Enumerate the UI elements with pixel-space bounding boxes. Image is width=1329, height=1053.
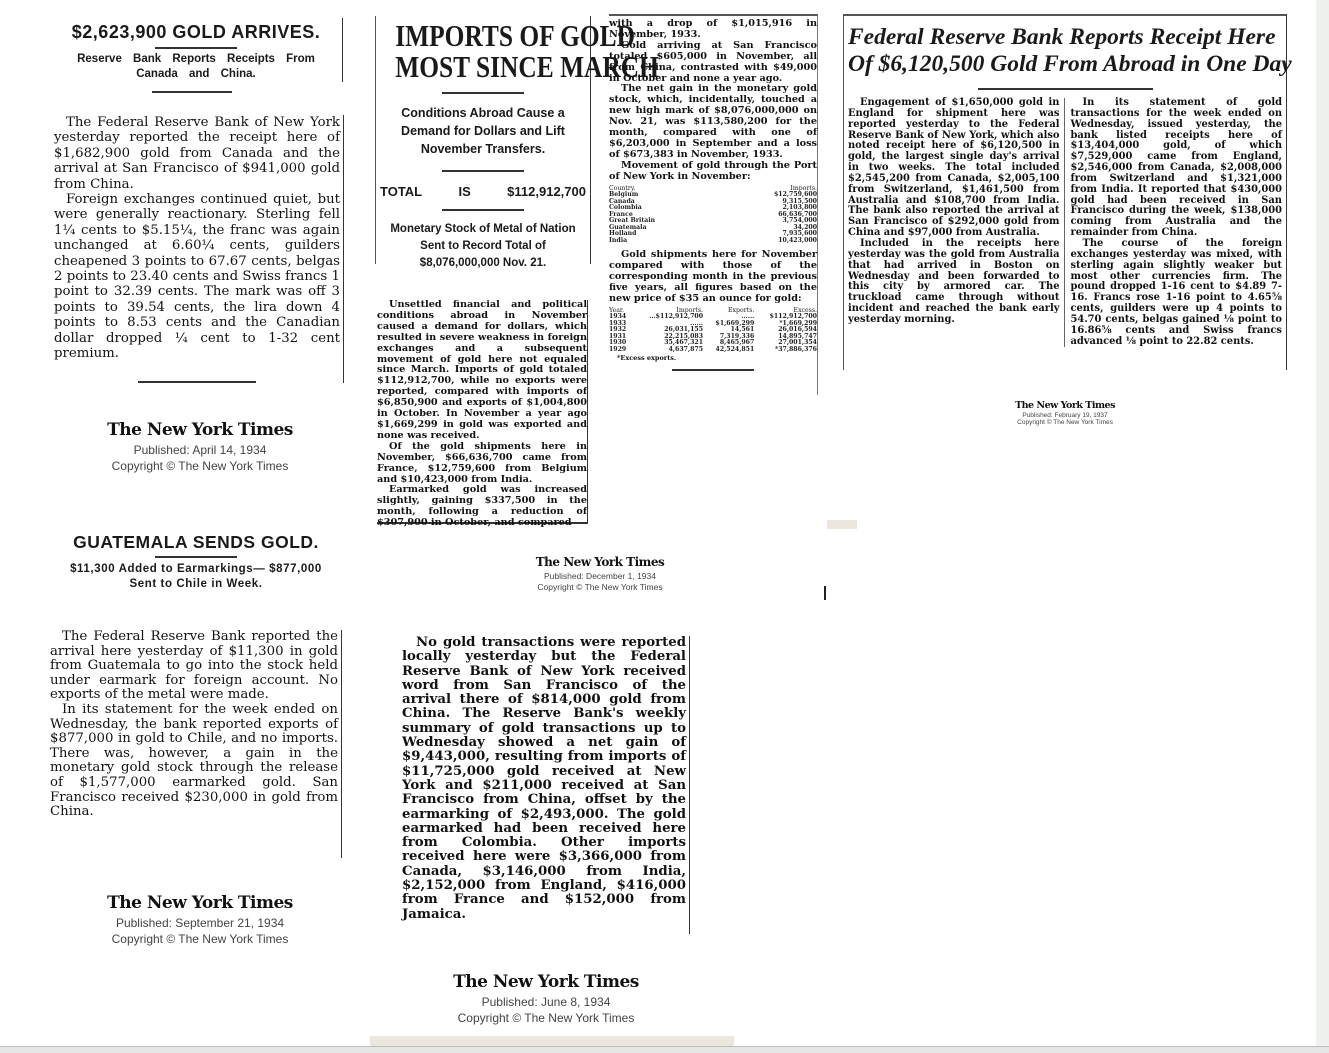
copyright: Copyright © The New York Times — [500, 582, 700, 592]
article-paragraph: In its statement of gold transactions fo… — [1071, 98, 1283, 239]
article-paragraph: The course of the foreign exchanges yest… — [1071, 239, 1283, 347]
headline: GUATEMALA SENDS GOLD. — [50, 532, 342, 553]
divider — [155, 556, 237, 558]
headline-line-1: Federal Reserve Bank Reports Receipt Her… — [848, 24, 1286, 51]
byline-september-1934: The New York Times Published: September … — [70, 893, 330, 946]
table-row: India10,423,000 — [609, 238, 817, 245]
divider — [442, 170, 524, 172]
article-columns: Engagement of $1,650,000 gold in England… — [848, 98, 1282, 347]
copyright: Copyright © The New York Times — [70, 459, 330, 473]
cell-imports: 10,423,000 — [717, 238, 818, 245]
clipping-imports-of-gold: IMPORTS OF GOLD MOST SINCE MARCH Conditi… — [375, 16, 591, 264]
article-paragraph: In its statement for the week ended on W… — [50, 703, 338, 820]
byline-december-1934: The New York Times Published: December 1… — [500, 555, 700, 592]
article-column-1: Engagement of $1,650,000 gold in England… — [848, 98, 1065, 347]
copyright: Copyright © The New York Times — [70, 932, 330, 946]
byline-april-1934: The New York Times Published: April 14, … — [70, 420, 330, 473]
nyt-logo: The New York Times — [70, 893, 330, 913]
divider — [138, 381, 256, 383]
byline-february-1937: The New York Times Published: February 1… — [980, 400, 1150, 426]
clipping-imports-col2: with a drop of $1,015,916 in November, 1… — [609, 14, 818, 395]
article-column-2: In its statement of gold transactions fo… — [1071, 98, 1283, 347]
total-value: $112,912,700 — [507, 184, 586, 199]
divider — [155, 47, 237, 49]
article-paragraph: with a drop of $1,015,916 in November, 1… — [609, 19, 817, 41]
article-paragraph: Of the gold shipments here in November, … — [377, 442, 587, 486]
article-paragraph: Gold arriving at San Francisco totaled $… — [609, 41, 817, 85]
subhead: $11,300 Added to Earmarkings— $877,000 S… — [60, 562, 332, 592]
article-paragraph: No gold transactions were reported local… — [402, 636, 686, 922]
article-paragraph: Included in the receipts here yesterday … — [848, 239, 1060, 326]
subhead-2: Monetary Stock of Metal of Nation Sent t… — [380, 221, 586, 272]
nyt-logo: The New York Times — [500, 555, 700, 569]
article-paragraph: Gold shipments here for November compare… — [609, 250, 817, 305]
beige-scan-strip — [370, 1036, 734, 1046]
article-paragraph: Movement of gold through the Port of New… — [609, 161, 817, 183]
clipping-imports-col1: Unsettled financial and political condit… — [377, 300, 588, 524]
published-date: Published: December 1, 1934 — [500, 571, 700, 581]
article-paragraph: Unsettled financial and political condit… — [377, 300, 587, 442]
divider — [152, 91, 232, 93]
article-paragraph: Engagement of $1,650,000 gold in England… — [848, 98, 1060, 239]
total-is: IS — [459, 184, 471, 199]
nyt-logo: The New York Times — [416, 972, 676, 992]
clipping-guatemala-sends-gold: GUATEMALA SENDS GOLD. $11,300 Added to E… — [50, 532, 342, 602]
yearly-comparison-table: Year. Imports. Exports. Excess. 1934...$… — [609, 308, 817, 354]
published-date: Published: April 14, 1934 — [70, 443, 330, 457]
bottom-scrollbar[interactable] — [0, 1046, 1329, 1053]
divider — [672, 369, 754, 371]
published-date: Published: June 8, 1934 — [416, 995, 676, 1009]
article-paragraph: Foreign exchanges continued quiet, but w… — [54, 192, 340, 361]
published-date: Published: September 21, 1934 — [70, 916, 330, 930]
nyt-logo: The New York Times — [980, 400, 1150, 411]
article-paragraph: The Federal Reserve Bank of New York yes… — [54, 115, 340, 192]
headline-line-2: Of $6,120,500 Gold From Abroad in One Da… — [848, 51, 1286, 78]
total-line: TOTAL IS $112,912,700 — [380, 184, 586, 199]
copyright: Copyright © The New York Times — [416, 1011, 676, 1025]
text-cursor-icon — [824, 586, 826, 600]
article-paragraph: The Federal Reserve Bank reported the ar… — [50, 630, 338, 703]
article-paragraph: The net gain in the monetary gold stock,… — [609, 84, 817, 160]
divider — [978, 88, 1153, 90]
clipping-gold-arrives: $2,623,900 GOLD ARRIVES. Reserve Bank Re… — [50, 18, 343, 82]
article-paragraph: Earmarked gold was increased slightly, g… — [377, 485, 587, 529]
published-date: Published: February 19, 1937 — [980, 412, 1150, 419]
divider — [442, 209, 524, 211]
byline-june-1934: The New York Times Published: June 8, 19… — [416, 972, 676, 1025]
headline-line-2: MOST SINCE MARCH — [395, 51, 570, 82]
headline: $2,623,900 GOLD ARRIVES. — [50, 22, 342, 43]
beige-scan-chip — [827, 520, 857, 529]
total-label: TOTAL — [380, 184, 422, 199]
clipping-federal-reserve-1937: Federal Reserve Bank Reports Receipt Her… — [843, 14, 1287, 370]
page-right-margin — [1316, 0, 1329, 1053]
clipping-no-gold-transactions: No gold transactions were reported local… — [402, 636, 690, 934]
clipping-gold-arrives-body: The Federal Reserve Bank of New York yes… — [54, 115, 344, 383]
divider — [442, 92, 524, 94]
subhead: Conditions Abroad Cause a Demand for Dol… — [380, 104, 586, 158]
subhead: Reserve Bank Reports Receipts From Canad… — [54, 52, 338, 82]
country-imports-table: Country. Imports. Belgium$12,759,600 Can… — [609, 186, 817, 245]
copyright: Copyright © The New York Times — [980, 419, 1150, 426]
cell-country: India — [609, 238, 717, 245]
clipping-guatemala-body: The Federal Reserve Bank reported the ar… — [50, 630, 342, 858]
nyt-logo: The New York Times — [70, 420, 330, 440]
table-footnote: *Excess exports. — [617, 353, 817, 364]
headline-line-1: IMPORTS OF GOLD — [395, 20, 570, 51]
